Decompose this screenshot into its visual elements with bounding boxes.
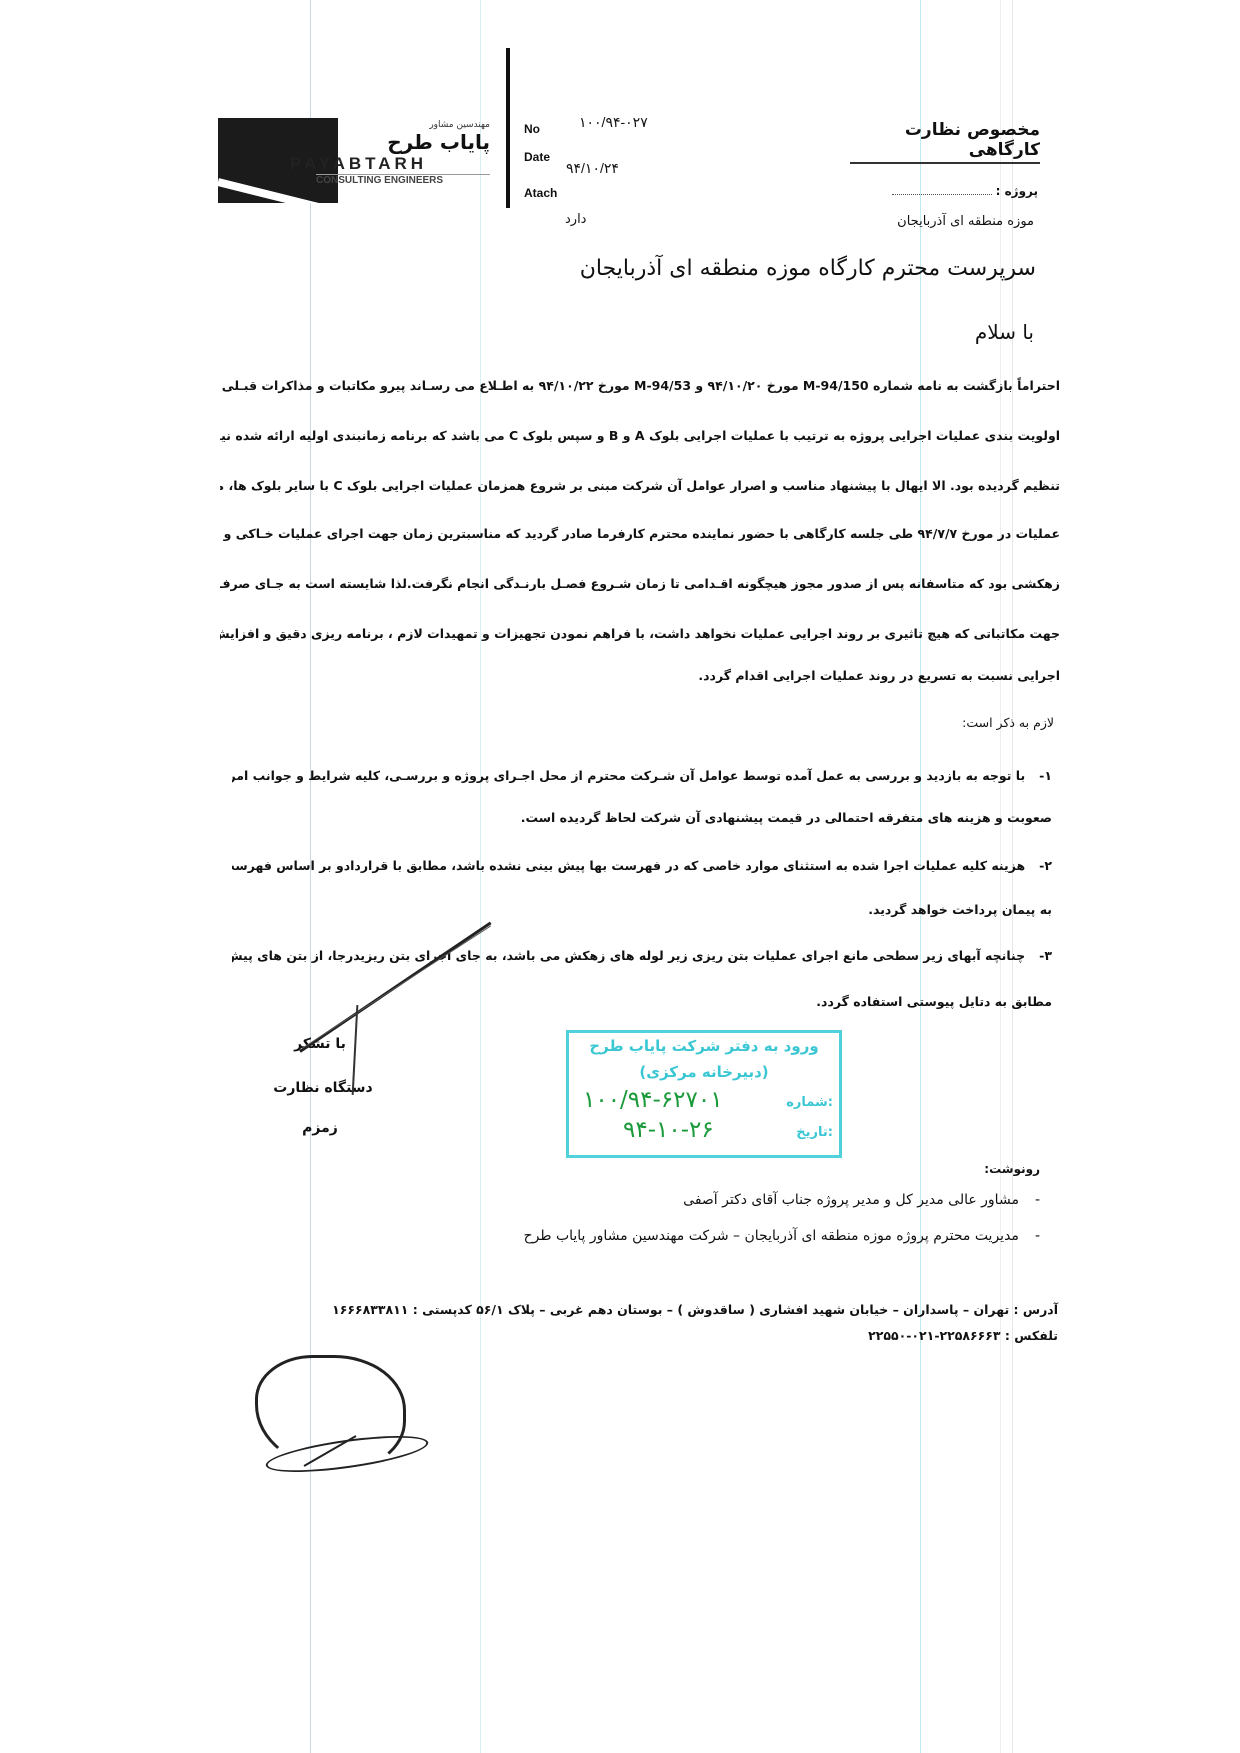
note-text: مطابق به دتایل پیوستی استفاده گردد. bbox=[816, 994, 1052, 1009]
stamp-date-label: تاریخ: bbox=[796, 1125, 833, 1140]
note-text: به پیمان پرداخت خواهد گردید. bbox=[868, 902, 1052, 917]
note-item-1: ۱-با توجه به بازدید و بررسی به عمل آمده … bbox=[232, 768, 1052, 783]
header-divider bbox=[506, 48, 510, 208]
note-number: ۲- bbox=[1039, 858, 1052, 873]
body-line: تنظیم گردیده بود. الا ایهال با پیشنهاد م… bbox=[220, 476, 1060, 496]
meta-date: Date ۹۴/۱۰/۲۴ bbox=[524, 150, 550, 164]
note-item-3: ۳-چنانچه آبهای زیر سطحی مانع اجرای عملیا… bbox=[232, 948, 1052, 963]
stamp-title: ورود به دفتر شرکت پایاب طرح bbox=[579, 1037, 829, 1055]
closing-org: دستگاه نظارت bbox=[268, 1080, 378, 1096]
stamp-date-value: ۹۴-۱۰-۲۶ bbox=[623, 1117, 714, 1143]
cc-title: رونوشت: bbox=[984, 1162, 1040, 1176]
note-text: چنانچه آبهای زیر سطحی مانع اجرای عملیات … bbox=[232, 948, 1025, 963]
cc-bullet: - bbox=[1035, 1228, 1040, 1244]
closing-name: زمزم bbox=[290, 1120, 350, 1136]
project-label: پروژه : bbox=[892, 184, 1038, 198]
greeting: با سلام bbox=[975, 320, 1034, 344]
company-logo-text: مهندسین مشاور پایاب طرح PAYABTARH CONSUL… bbox=[300, 120, 490, 186]
meta-number: No ۱۰۰/۹۴-۰۲۷ bbox=[524, 122, 540, 136]
signature-icon bbox=[302, 926, 491, 1049]
stamp-number-value: ۱۰۰/۹۴-۶۲۷۰۱ bbox=[583, 1087, 723, 1113]
meta-number-label: No bbox=[524, 122, 540, 136]
scan-line bbox=[310, 0, 311, 1753]
note-item-2: ۲-هزینه کلیه عملیات اجرا شده به استثنای … bbox=[232, 858, 1052, 873]
recipient-title: سرپرست محترم کارگاه موزه منطقه ای آذربای… bbox=[580, 256, 1036, 281]
body-line: زهکشی بود که متاسفانه پس از صدور مجوز هی… bbox=[220, 574, 1060, 594]
body-line: اجرایی نسبت به تسریع در روند عملیات اجرا… bbox=[220, 666, 1060, 686]
stamp-number-label: شماره: bbox=[786, 1095, 833, 1110]
note-text: هزینه کلیه عملیات اجرا شده به استثنای مو… bbox=[232, 858, 1025, 873]
project-dotted-line bbox=[892, 194, 992, 195]
note-item-3-cont: مطابق به دتایل پیوستی استفاده گردد. bbox=[232, 994, 1052, 1009]
body-line: اولویت بندی عملیات اجرایی پروژه به ترتیب… bbox=[220, 426, 1060, 446]
cc-bullet: - bbox=[1035, 1192, 1040, 1208]
meta-attach-value: دارد bbox=[565, 212, 586, 227]
cc-text: مشاور عالی مدیر کل و مدیر پروژه جناب آقا… bbox=[683, 1192, 1019, 1208]
cc-item: -مشاور عالی مدیر کل و مدیر پروژه جناب آق… bbox=[683, 1192, 1040, 1208]
meta-attach-label: Atach bbox=[524, 186, 557, 200]
note-item-2-cont: به پیمان پرداخت خواهد گردید. bbox=[232, 902, 1052, 917]
footer-address: آدرس : تهران – پاسداران – خیابان شهید اف… bbox=[332, 1302, 1058, 1317]
footer-fax: تلفکس : ۲۲۵۸۶۶۶۳-۰۲۱-۲۲۵۵۰ bbox=[868, 1328, 1058, 1343]
body-line: احتراماً بازگشت به نامه شماره M-94/150 م… bbox=[220, 376, 1060, 396]
project-name: موزه منطقه ای آذربایجان bbox=[897, 214, 1034, 229]
logo-name-fa: پایاب طرح bbox=[300, 130, 490, 154]
stamp-subtitle: (دبیرخانه مرکزی) bbox=[579, 1063, 829, 1081]
received-stamp: ورود به دفتر شرکت پایاب طرح (دبیرخانه مر… bbox=[566, 1030, 842, 1158]
project-label-text: پروژه : bbox=[996, 184, 1038, 198]
meta-date-label: Date bbox=[524, 150, 550, 164]
note-item-1-cont: صعوبت و هزینه های متفرقه احتمالی در قیمت… bbox=[232, 810, 1052, 825]
cc-text: مدیریت محترم پروژه موزه منطقه ای آذربایج… bbox=[524, 1228, 1019, 1244]
note-text: با توجه به بازدید و بررسی به عمل آمده تو… bbox=[232, 768, 1025, 783]
note-number: ۳- bbox=[1039, 948, 1052, 963]
logo-subtitle-en: CONSULTING ENGINEERS bbox=[316, 174, 490, 186]
logo-subtitle-fa: مهندسین مشاور bbox=[300, 120, 490, 130]
note-text: صعوبت و هزینه های متفرقه احتمالی در قیمت… bbox=[521, 810, 1052, 825]
body-line: جهت مکاتباتی که هیچ تاثیری بر روند اجرای… bbox=[220, 624, 1060, 644]
scan-line bbox=[480, 0, 481, 1753]
meta-attach: Atach bbox=[524, 186, 557, 200]
meta-date-value: ۹۴/۱۰/۲۴ bbox=[566, 160, 619, 177]
letter-page: مهندسین مشاور پایاب طرح PAYABTARH CONSUL… bbox=[0, 0, 1240, 1753]
note-number: ۱- bbox=[1039, 768, 1052, 783]
cc-item: -مدیریت محترم پروژه موزه منطقه ای آذربای… bbox=[524, 1228, 1040, 1244]
body-line: عملیات در مورخ ۹۴/۷/۷ طی جلسه کارگاهی با… bbox=[220, 524, 1060, 544]
confidential-heading: مخصوص نظارت کارگاهی bbox=[850, 120, 1040, 164]
meta-number-value: ۱۰۰/۹۴-۰۲۷ bbox=[579, 114, 648, 131]
logo-name-en: PAYABTARH bbox=[290, 154, 490, 174]
notes-title: لازم به ذکر است: bbox=[962, 715, 1054, 730]
